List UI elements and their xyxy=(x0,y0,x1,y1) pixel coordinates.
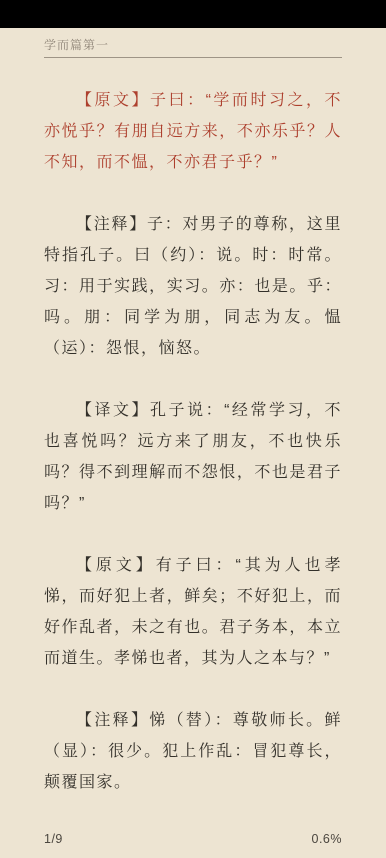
page-indicator: 1/9 xyxy=(44,832,63,846)
progress-percent: 0.6% xyxy=(312,832,343,846)
reader-page[interactable]: 【原文】子曰：“学而时习之，不亦悦乎？有朋自远方来，不亦乐乎？人不知，而不愠，不… xyxy=(44,58,342,798)
paragraph-annotation-2: 【注释】悌（替）：尊敬师长。鲜（显）：很少。犯上作乱：冒犯尊长，颠覆国家。 xyxy=(44,705,342,798)
status-bar xyxy=(0,0,386,28)
paragraph-original-text-1: 【原文】子曰：“学而时习之，不亦悦乎？有朋自远方来，不亦乐乎？人不知，而不愠，不… xyxy=(44,85,342,178)
chapter-header: 学而篇第一 xyxy=(44,28,342,58)
paragraph-original-text-2: 【原文】有子曰：“其为人也孝悌，而好犯上者，鲜矣；不好犯上，而好作乱者，未之有也… xyxy=(44,550,342,674)
reader-footer: 1/9 0.6% xyxy=(44,832,342,846)
chapter-title: 学而篇第一 xyxy=(44,38,109,52)
paragraph-annotation-1: 【注释】子：对男子的尊称，这里特指孔子。曰（约）：说。时：时常。习：用于实践，实… xyxy=(44,209,342,364)
paragraph-translation-1: 【译文】孔子说：“经常学习，不也喜悦吗？远方来了朋友，不也快乐吗？得不到理解而不… xyxy=(44,395,342,519)
